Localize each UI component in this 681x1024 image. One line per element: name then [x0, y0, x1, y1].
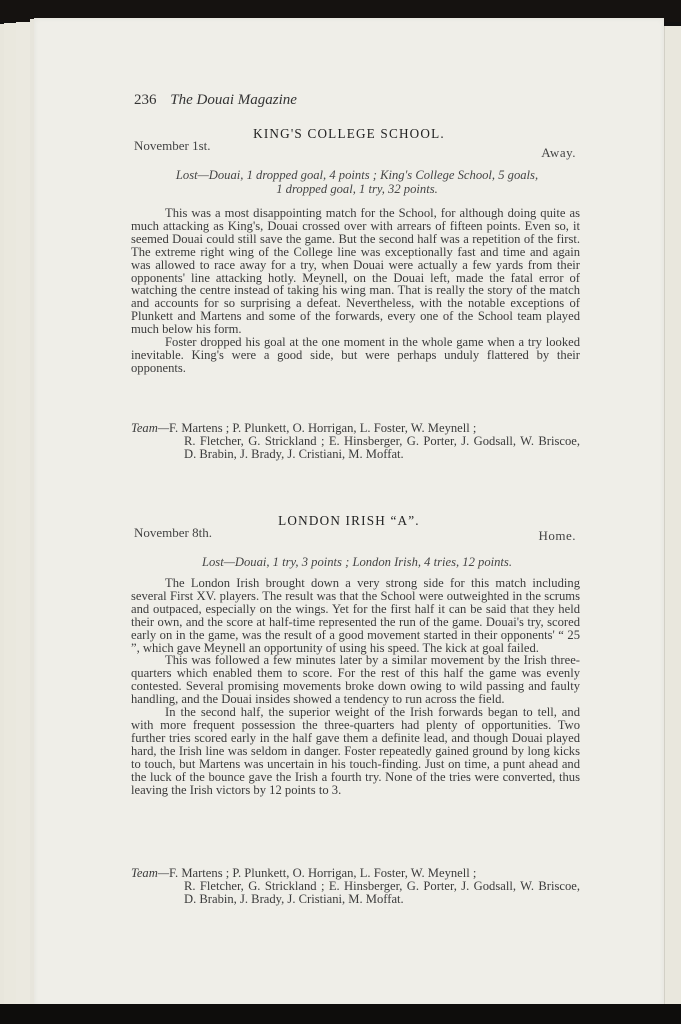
team-names-line: F. Martens ; P. Plunkett, O. Horrigan, L…: [169, 866, 476, 880]
match-report: The London Irish brought down a very str…: [131, 577, 580, 796]
scan-background-bottom: [0, 1004, 681, 1024]
team-label: Team—: [131, 421, 169, 435]
team-list: Team—F. Martens ; P. Plunkett, O. Horrig…: [131, 422, 580, 461]
result-line: Lost—Douai, 1 try, 3 points ; London Iri…: [202, 555, 512, 569]
match-result: Lost—Douai, 1 try, 3 points ; London Iri…: [134, 555, 580, 569]
match-venue: Away.: [541, 145, 576, 161]
team-names: R. Fletcher, G. Strickland ; E. Hinsberg…: [131, 880, 580, 906]
running-head: 236 The Douai Magazine: [134, 92, 297, 109]
match-venue: Home.: [538, 528, 576, 544]
match-title: KING'S COLLEGE SCHOOL.: [34, 126, 664, 142]
report-paragraph: In the second half, the superior weight …: [131, 706, 580, 796]
match-report: This was a most disappointing match for …: [131, 207, 580, 375]
scanned-book-spread: 236 The Douai Magazine KING'S COLLEGE SC…: [0, 0, 681, 1024]
report-paragraph: This was a most disappointing match for …: [131, 207, 580, 336]
match-date: November 8th.: [134, 525, 212, 541]
book-page: 236 The Douai Magazine KING'S COLLEGE SC…: [34, 18, 664, 1006]
report-paragraph: Foster dropped his goal at the one momen…: [131, 336, 580, 375]
report-paragraph: The London Irish brought down a very str…: [131, 577, 580, 654]
result-line: Lost—Douai, 1 dropped goal, 4 points ; K…: [176, 168, 538, 182]
team-list: Team—F. Martens ; P. Plunkett, O. Horrig…: [131, 867, 580, 906]
page-number: 236: [134, 92, 157, 108]
publication-title: The Douai Magazine: [170, 92, 297, 108]
match-title: LONDON IRISH “A”.: [34, 513, 664, 529]
team-names: R. Fletcher, G. Strickland ; E. Hinsberg…: [131, 435, 580, 461]
result-line: 1 dropped goal, 1 try, 32 points.: [276, 182, 438, 196]
match-result: Lost—Douai, 1 dropped goal, 4 points ; K…: [134, 168, 580, 196]
team-label: Team—: [131, 866, 169, 880]
match-date: November 1st.: [134, 138, 211, 154]
facing-page-edge: [664, 26, 681, 1004]
team-names-line: F. Martens ; P. Plunkett, O. Horrigan, L…: [169, 421, 476, 435]
report-paragraph: This was followed a few minutes later by…: [131, 654, 580, 706]
